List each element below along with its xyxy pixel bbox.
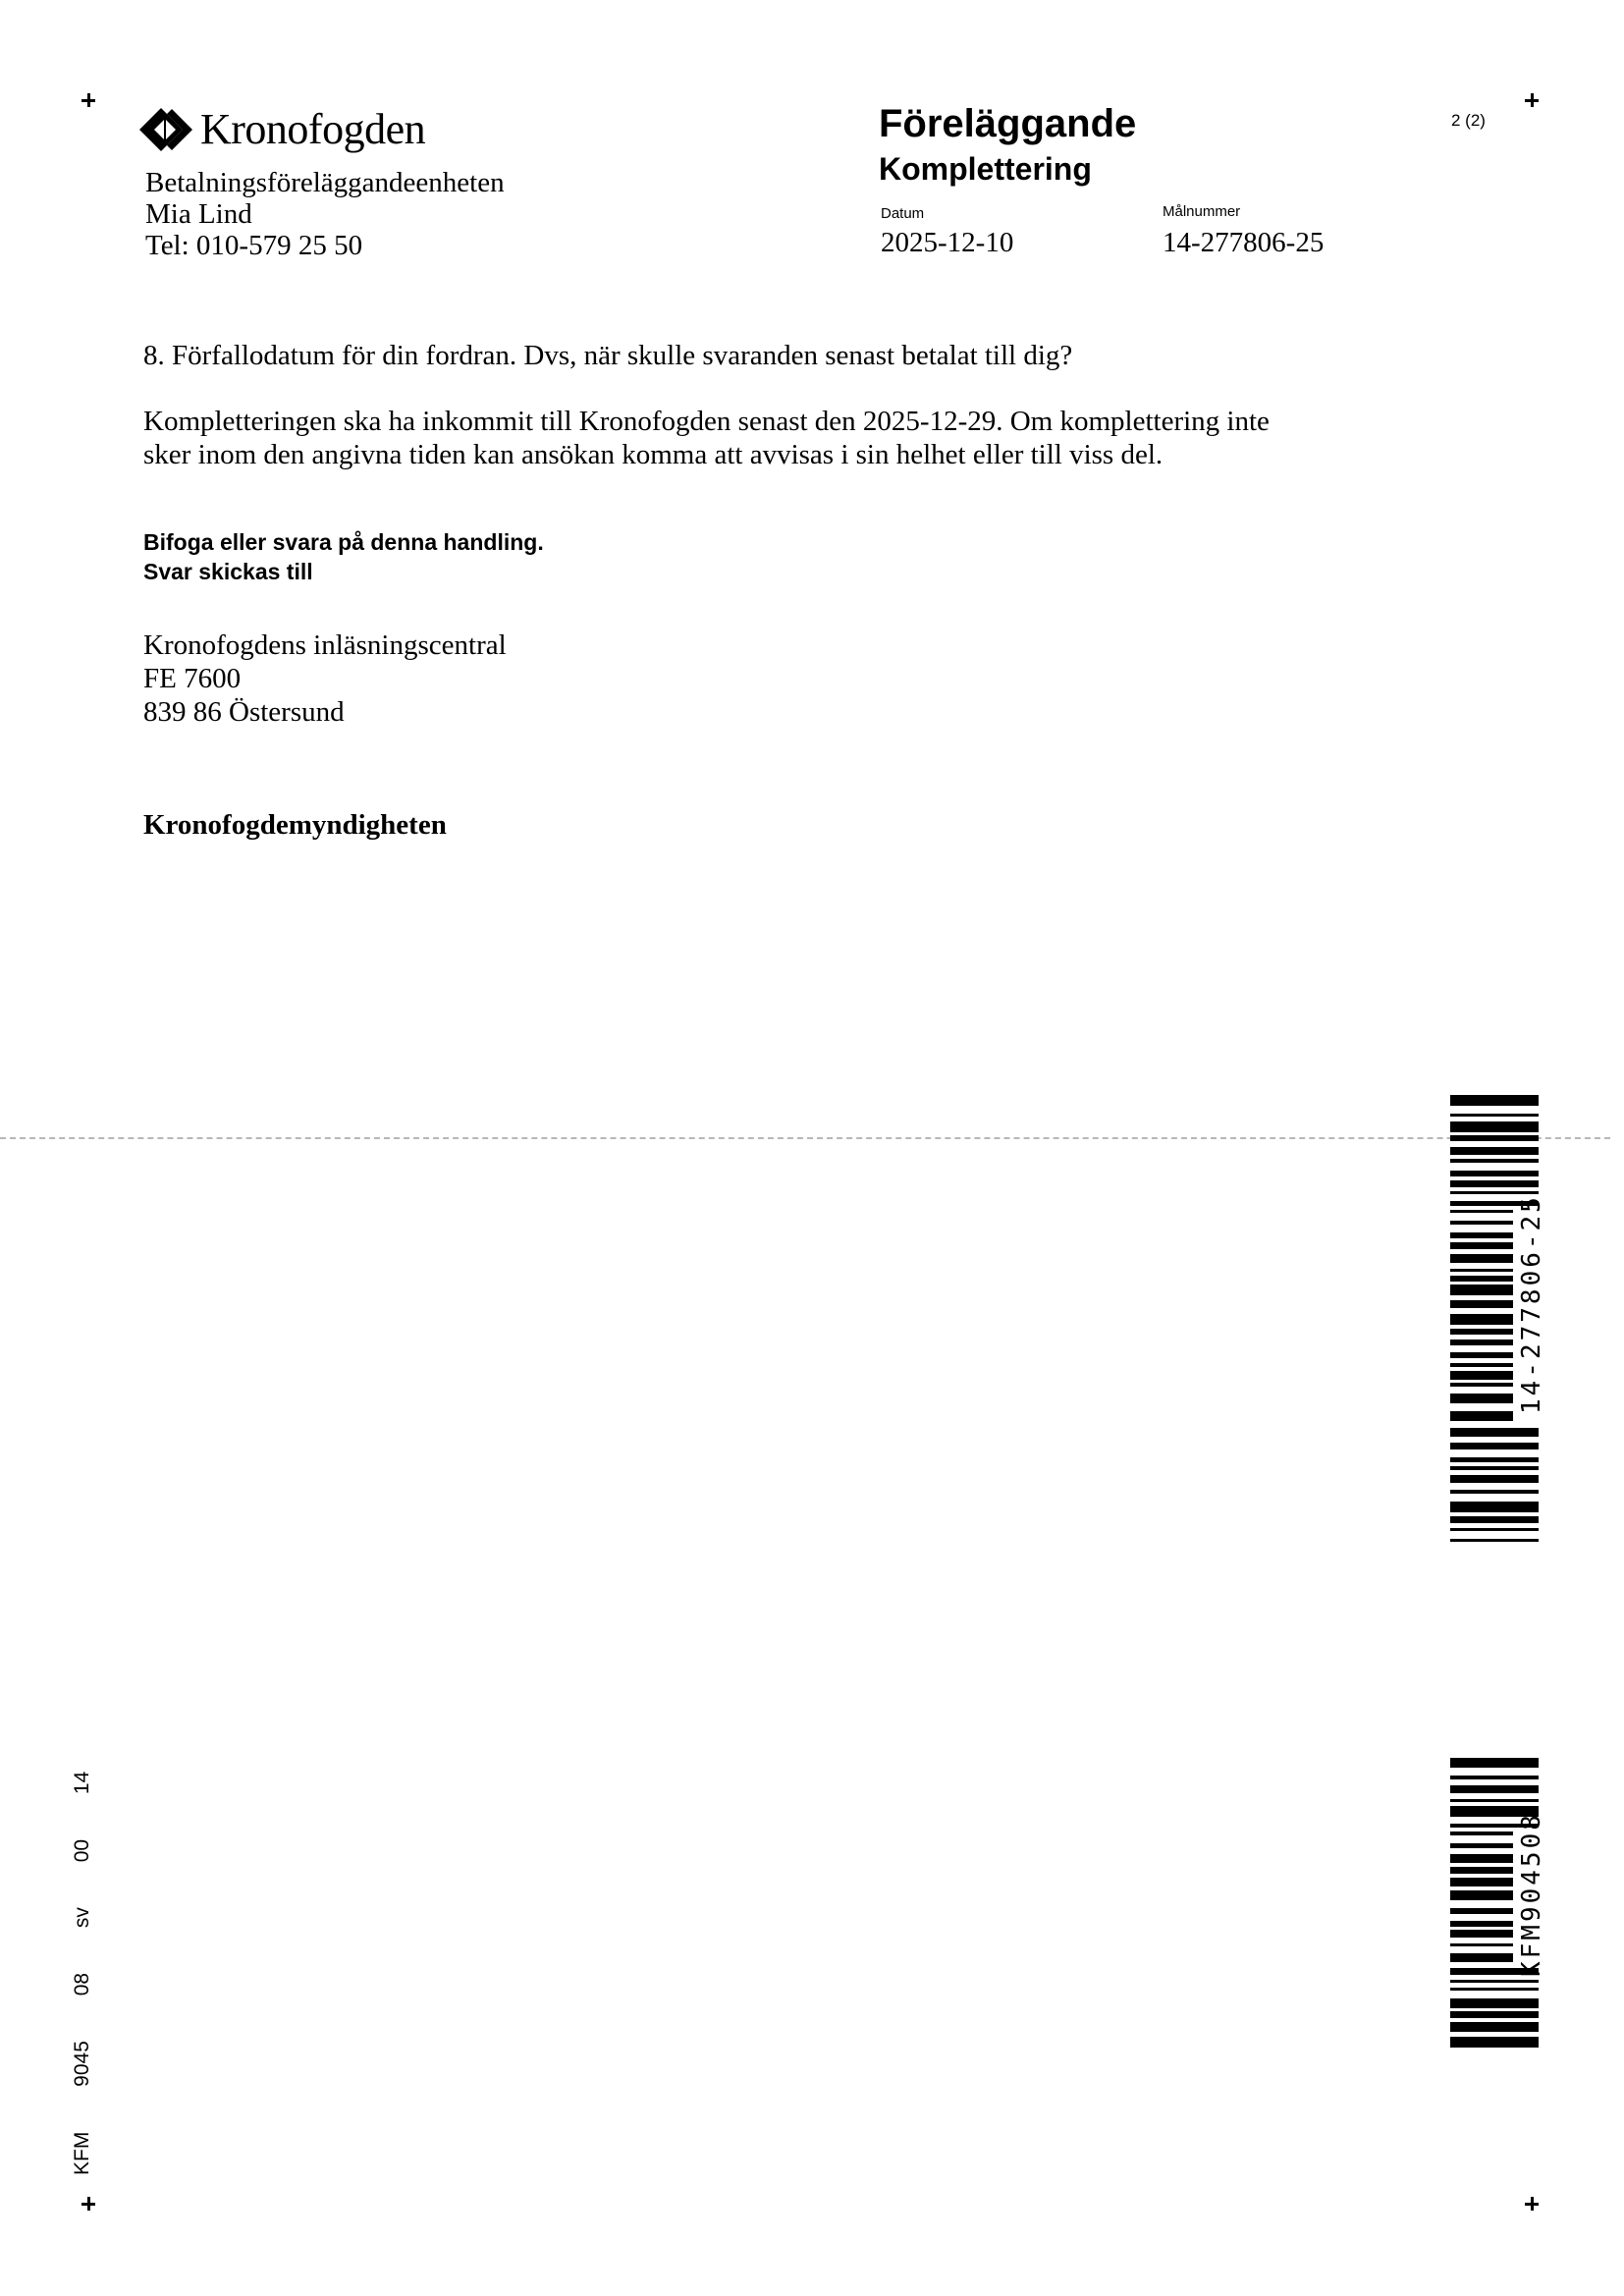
- form-code-vertical: KFM 9045 08 sv 00 14: [71, 1772, 94, 2175]
- page-indicator: 2 (2): [1451, 111, 1486, 131]
- barcode-bar: [1450, 1411, 1513, 1421]
- address-line-3: 839 86 Östersund: [143, 695, 507, 729]
- barcode-bar: [1450, 1394, 1513, 1403]
- barcode-bar: [1450, 1516, 1539, 1523]
- barcode-bar: [1450, 1210, 1513, 1213]
- deadline-line-1: Kompletteringen ska ha inkommit till Kro…: [143, 405, 1420, 438]
- kronofogden-diamond-icon: [137, 106, 194, 153]
- barcode-bar: [1450, 1854, 1513, 1863]
- barcode-bar: [1450, 1121, 1539, 1132]
- barcode-bar: [1450, 1490, 1539, 1494]
- crop-mark-top-left: [81, 93, 95, 107]
- instruction-block: Bifoga eller svara på denna handling. Sv…: [143, 527, 544, 586]
- barcode-bar: [1450, 1147, 1539, 1155]
- barcode-bar: [1450, 1371, 1513, 1380]
- barcode-bar: [1450, 1314, 1513, 1325]
- barcode-bar: [1450, 1466, 1539, 1470]
- barcode-bar: [1450, 1867, 1513, 1874]
- document-title: Föreläggande: [879, 104, 1136, 143]
- barcode-bar: [1450, 1135, 1539, 1141]
- sender-block: Betalningsföreläggandeenheten Mia Lind T…: [145, 167, 505, 261]
- reply-address: Kronofogdens inläsningscentral FE 7600 8…: [143, 629, 507, 729]
- crop-mark-top-right: [1525, 93, 1539, 107]
- barcode-bar: [1450, 1908, 1513, 1914]
- document-subtitle: Komplettering: [879, 153, 1092, 185]
- barcode-bar: [1450, 1528, 1539, 1531]
- barcode-bar: [1450, 2037, 1539, 2048]
- case-barcode-text: 14-277806-25: [1517, 1194, 1546, 1414]
- barcode-bar: [1450, 1502, 1539, 1512]
- address-line-2: FE 7600: [143, 662, 507, 695]
- barcode-bar: [1450, 1953, 1513, 1962]
- barcode-bar: [1450, 2022, 1539, 2032]
- barcode-bar: [1450, 1300, 1513, 1308]
- question-text: 8. Förfallodatum för din fordran. Dvs, n…: [143, 339, 1420, 372]
- barcode-bar: [1450, 1095, 1539, 1106]
- barcode-bar: [1450, 1878, 1513, 1886]
- instruction-line-1: Bifoga eller svara på denna handling.: [143, 527, 544, 557]
- brand-name: Kronofogden: [200, 108, 425, 151]
- barcode-bar: [1450, 1383, 1513, 1387]
- instruction-line-2: Svar skickas till: [143, 557, 544, 586]
- barcode-bar: [1450, 1285, 1513, 1295]
- barcode-bar: [1450, 1998, 1539, 2008]
- contact-name: Mia Lind: [145, 198, 505, 230]
- barcode-bar: [1450, 1785, 1539, 1793]
- barcode-bar: [1450, 1930, 1513, 1938]
- barcode-bar: [1450, 1339, 1513, 1345]
- deadline-line-2: sker inom den angivna tiden kan ansökan …: [143, 438, 1420, 471]
- barcode-bar: [1450, 1943, 1513, 1946]
- barcode-bar: [1450, 1799, 1539, 1802]
- date-label: Datum: [881, 206, 924, 221]
- barcode-bar: [1450, 1988, 1539, 1991]
- barcode-bar: [1450, 1269, 1513, 1272]
- barcode-bar: [1450, 1457, 1539, 1462]
- barcode-bar: [1450, 1475, 1539, 1483]
- barcode-bar: [1450, 1890, 1513, 1900]
- crop-mark-bottom-left: [81, 2197, 95, 2211]
- barcode-bar: [1450, 1352, 1513, 1358]
- barcode-bar: [1450, 1276, 1513, 1282]
- barcode-bar: [1450, 1428, 1539, 1437]
- barcode-bar: [1450, 1180, 1539, 1187]
- barcode-bar: [1450, 1171, 1539, 1176]
- case-number-label: Målnummer: [1163, 204, 1240, 219]
- barcode-bar: [1450, 1443, 1539, 1449]
- barcode-bar: [1450, 1776, 1539, 1779]
- form-barcode-text: KFM904508: [1517, 1812, 1546, 1977]
- barcode-bar: [1450, 1921, 1513, 1927]
- barcode-bar: [1450, 1363, 1513, 1367]
- barcode-bar: [1450, 1242, 1513, 1249]
- fold-line: [0, 1137, 1610, 1139]
- barcode-bar: [1450, 1221, 1513, 1225]
- barcode-bar: [1450, 1114, 1539, 1117]
- barcode-bar: [1450, 1329, 1513, 1335]
- barcode-bar: [1450, 1980, 1539, 1983]
- barcode-bar: [1450, 1758, 1539, 1768]
- barcode-bar: [1450, 1254, 1513, 1263]
- contact-phone: Tel: 010-579 25 50: [145, 230, 505, 261]
- barcode-bar: [1450, 1843, 1513, 1848]
- crop-mark-bottom-right: [1525, 2197, 1539, 2211]
- agency-signature: Kronofogdemyndigheten: [143, 809, 447, 842]
- barcode-bar: [1450, 1831, 1513, 1835]
- barcode-bar: [1450, 1159, 1539, 1163]
- barcode-bar: [1450, 1232, 1513, 1238]
- barcode-bar: [1450, 1539, 1539, 1542]
- department: Betalningsföreläggandeenheten: [145, 167, 505, 198]
- kronofogden-logo: Kronofogden: [137, 106, 425, 153]
- case-number-value: 14-277806-25: [1163, 229, 1324, 257]
- barcode-bar: [1450, 2011, 1539, 2018]
- deadline-paragraph: Kompletteringen ska ha inkommit till Kro…: [143, 405, 1420, 471]
- date-value: 2025-12-10: [881, 229, 1013, 257]
- address-line-1: Kronofogdens inläsningscentral: [143, 629, 507, 662]
